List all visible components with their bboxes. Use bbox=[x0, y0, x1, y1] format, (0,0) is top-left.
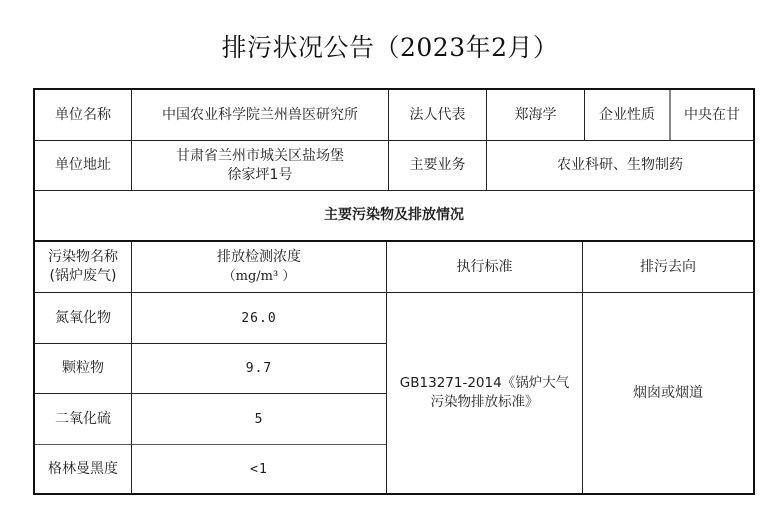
column-header-standard: 执行标准 bbox=[387, 242, 582, 292]
divider bbox=[669, 90, 671, 140]
address-line-2: 徐家坪1号 bbox=[228, 166, 293, 185]
divider bbox=[35, 140, 753, 141]
column-header-destination: 排污去向 bbox=[583, 242, 753, 292]
divider bbox=[35, 343, 386, 344]
enterprise-type-label: 企业性质 bbox=[585, 90, 669, 140]
main-business-value: 农业科研、生物制药 bbox=[487, 141, 753, 190]
pollution-report-table: 单位名称 中国农业科学院兰州兽医研究所 法人代表 郑海学 企业性质 中央在甘 单… bbox=[33, 88, 755, 495]
emission-destination: 烟囱或烟道 bbox=[583, 293, 753, 493]
unit-name-label: 单位名称 bbox=[35, 90, 131, 140]
address-line-1: 甘肃省兰州市城关区盐场堡 bbox=[176, 147, 344, 166]
divider bbox=[35, 190, 753, 191]
divider bbox=[386, 242, 387, 493]
legal-rep-label: 法人代表 bbox=[389, 90, 486, 140]
section-heading: 主要污染物及排放情况 bbox=[35, 191, 753, 240]
pollutant-concentration: <1 bbox=[132, 445, 386, 493]
emission-standard-line-1: GB13271-2014《锅炉大气 bbox=[400, 374, 569, 393]
emission-standard: GB13271-2014《锅炉大气 污染物排放标准》 bbox=[387, 293, 582, 493]
pollutant-concentration: 5 bbox=[132, 394, 386, 444]
divider bbox=[35, 444, 386, 445]
column-header-pollutant: 污染物名称 (锅炉废气) bbox=[35, 242, 131, 292]
divider bbox=[35, 292, 753, 293]
divider bbox=[35, 240, 753, 242]
divider bbox=[131, 242, 132, 493]
column-header-pollutant-line-1: 污染物名称 bbox=[48, 248, 118, 267]
address-label: 单位地址 bbox=[35, 141, 131, 190]
divider bbox=[131, 90, 132, 190]
enterprise-type-value: 中央在甘 bbox=[671, 90, 753, 140]
divider bbox=[486, 90, 487, 190]
divider bbox=[388, 90, 389, 190]
column-header-concentration-line-2: （mg/m³ ） bbox=[223, 267, 296, 286]
divider bbox=[35, 393, 386, 394]
unit-name-value: 中国农业科学院兰州兽医研究所 bbox=[132, 90, 388, 140]
pollutant-name: 颗粒物 bbox=[35, 344, 131, 393]
column-header-concentration: 排放检测浓度 （mg/m³ ） bbox=[132, 242, 386, 292]
pollutant-concentration: 26.0 bbox=[132, 293, 386, 343]
legal-rep-value: 郑海学 bbox=[487, 90, 584, 140]
page-title: 排污状况公告（2023年2月） bbox=[0, 28, 780, 64]
column-header-pollutant-line-2: (锅炉废气) bbox=[50, 267, 117, 286]
pollutant-name: 格林曼黑度 bbox=[35, 445, 131, 493]
column-header-concentration-line-1: 排放检测浓度 bbox=[217, 248, 301, 267]
pollutant-name: 氮氧化物 bbox=[35, 293, 131, 343]
divider bbox=[582, 242, 583, 493]
divider bbox=[584, 90, 585, 140]
pollutant-name: 二氧化硫 bbox=[35, 394, 131, 444]
main-business-label: 主要业务 bbox=[389, 141, 486, 190]
pollutant-concentration: 9.7 bbox=[132, 344, 386, 393]
emission-standard-line-2: 污染物排放标准》 bbox=[431, 393, 539, 412]
address-value: 甘肃省兰州市城关区盐场堡 徐家坪1号 bbox=[132, 141, 388, 190]
